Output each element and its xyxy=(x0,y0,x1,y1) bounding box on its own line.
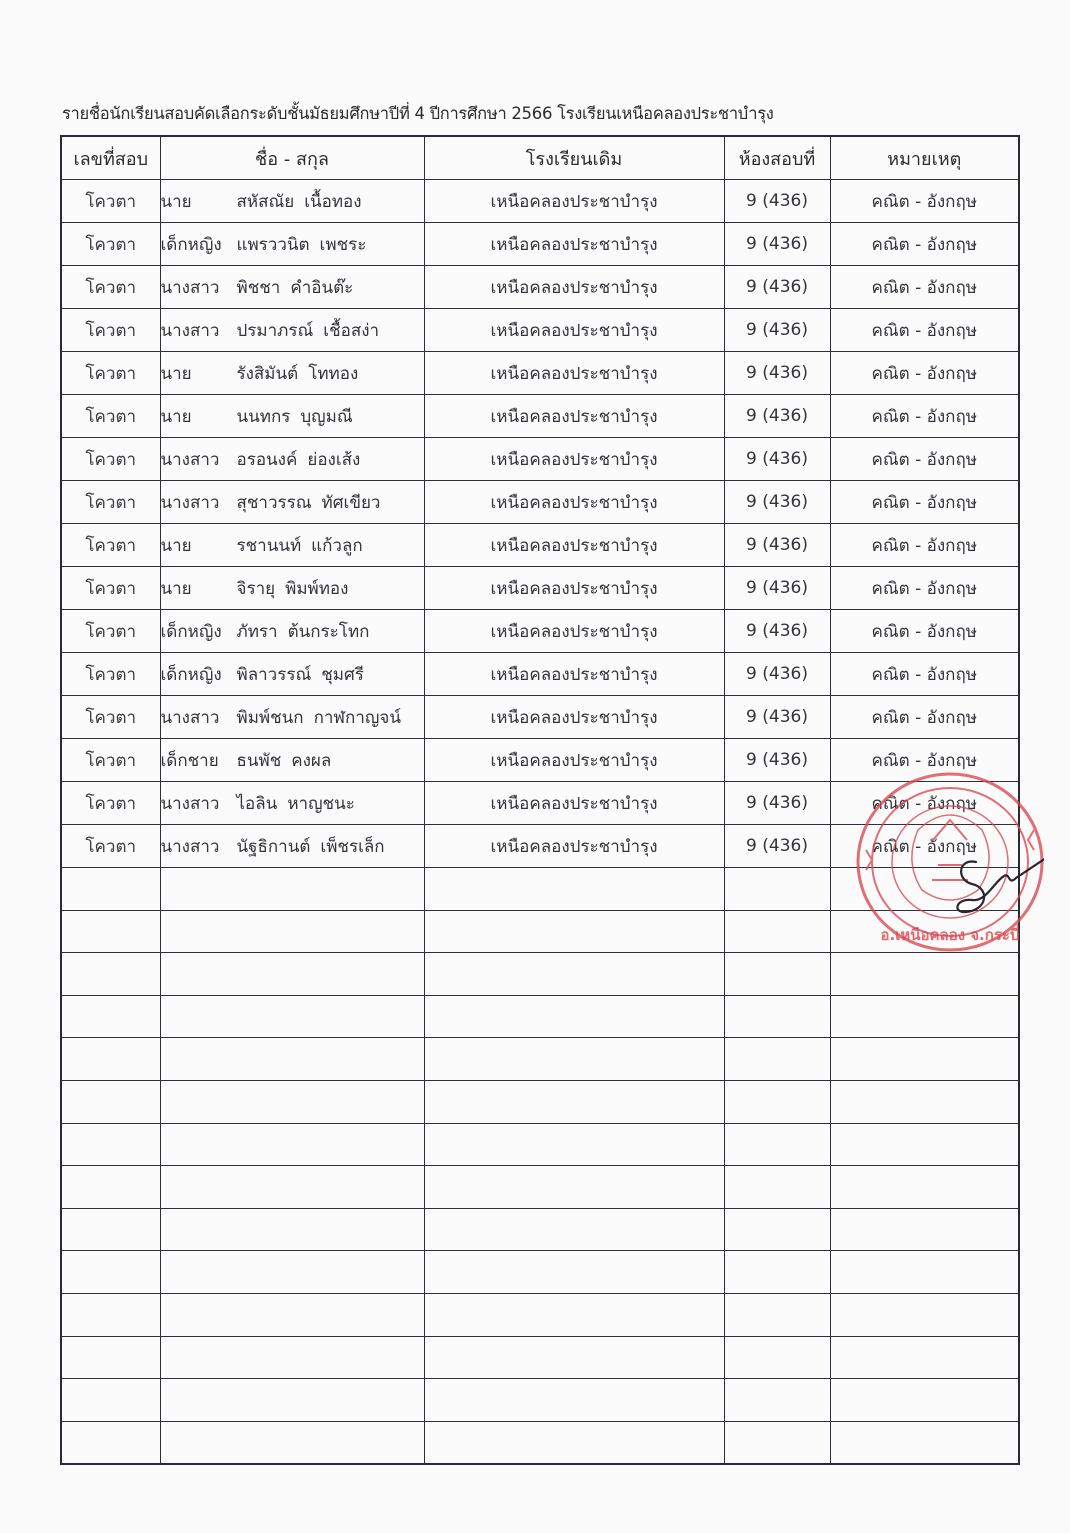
full-name-cell: นางสาวพิมพ์ชนกกาฬกาญจน์ xyxy=(160,696,424,739)
previous-school-cell: เหนือคลองประชาบำรุง xyxy=(424,395,724,438)
exam-number-cell: โควตา xyxy=(61,825,160,868)
remarks-cell: คณิต - อังกฤษ xyxy=(830,309,1019,352)
name-prefix: นาย xyxy=(161,188,237,215)
name-prefix: เด็กหญิง xyxy=(161,618,237,645)
exam-room-cell: 9 (436) xyxy=(724,739,830,782)
exam-room-cell: 9 (436) xyxy=(724,782,830,825)
empty-cell xyxy=(830,1379,1019,1422)
empty-table-row xyxy=(61,1293,1019,1336)
table-row: โควตาเด็กชายธนพัชคงผลเหนือคลองประชาบำรุง… xyxy=(61,739,1019,782)
empty-cell xyxy=(61,1293,160,1336)
remarks-cell: คณิต - อังกฤษ xyxy=(830,653,1019,696)
empty-cell xyxy=(724,1251,830,1294)
name-prefix: เด็กชาย xyxy=(161,747,237,774)
remarks-cell: คณิต - อังกฤษ xyxy=(830,610,1019,653)
empty-cell xyxy=(830,1421,1019,1464)
first-name: นนทกร xyxy=(237,407,291,427)
exam-number-cell: โควตา xyxy=(61,266,160,309)
name-prefix: นาย xyxy=(161,575,237,602)
empty-cell xyxy=(724,1166,830,1209)
empty-cell xyxy=(160,1166,424,1209)
full-name-cell: เด็กชายธนพัชคงผล xyxy=(160,739,424,782)
last-name: เพ็ชรเล็ก xyxy=(320,837,384,857)
name-prefix: นาย xyxy=(161,532,237,559)
last-name: ต้นกระโทก xyxy=(288,622,370,642)
empty-cell xyxy=(61,953,160,996)
empty-cell xyxy=(424,953,724,996)
previous-school-cell: เหนือคลองประชาบำรุง xyxy=(424,567,724,610)
exam-number-cell: โควตา xyxy=(61,782,160,825)
empty-cell xyxy=(61,868,160,911)
exam-room-cell: 9 (436) xyxy=(724,395,830,438)
previous-school-cell: เหนือคลองประชาบำรุง xyxy=(424,223,724,266)
previous-school-cell: เหนือคลองประชาบำรุง xyxy=(424,782,724,825)
first-name: พิชชา xyxy=(237,278,281,298)
name-prefix: นาย xyxy=(161,360,237,387)
empty-cell xyxy=(830,1038,1019,1081)
exam-number-cell: โควตา xyxy=(61,309,160,352)
first-name: ภัทรา xyxy=(237,622,278,642)
full-name-cell: นางสาวปรมาภรณ์เชื้อสง่า xyxy=(160,309,424,352)
empty-cell xyxy=(424,1123,724,1166)
exam-number-cell: โควตา xyxy=(61,653,160,696)
empty-cell xyxy=(160,1123,424,1166)
remarks-cell: คณิต - อังกฤษ xyxy=(830,352,1019,395)
empty-cell xyxy=(61,1208,160,1251)
last-name: กาฬกาญจน์ xyxy=(314,708,401,728)
table-row: โควตาเด็กหญิงพิลาวรรณ์ชุมศรีเหนือคลองประ… xyxy=(61,653,1019,696)
empty-cell xyxy=(160,910,424,953)
previous-school-cell: เหนือคลองประชาบำรุง xyxy=(424,739,724,782)
empty-table-row xyxy=(61,1336,1019,1379)
empty-cell xyxy=(830,868,1019,911)
previous-school-cell: เหนือคลองประชาบำรุง xyxy=(424,825,724,868)
header-exam-number: เลขที่สอบ xyxy=(61,136,160,180)
remarks-cell: คณิต - อังกฤษ xyxy=(830,223,1019,266)
empty-cell xyxy=(160,1293,424,1336)
exam-room-cell: 9 (436) xyxy=(724,610,830,653)
empty-cell xyxy=(61,1038,160,1081)
table-row: โควตานายสหัสณัยเนื้อทองเหนือคลองประชาบำร… xyxy=(61,180,1019,223)
full-name-cell: นายสหัสณัยเนื้อทอง xyxy=(160,180,424,223)
table-row: โควตานางสาวพิชชาคำอินต๊ะเหนือคลองประชาบำ… xyxy=(61,266,1019,309)
full-name-cell: นายรชานนท์แก้วลูก xyxy=(160,524,424,567)
first-name: ปรมาภรณ์ xyxy=(237,321,314,341)
empty-table-row xyxy=(61,1123,1019,1166)
name-prefix: นางสาว xyxy=(161,790,237,817)
header-previous-school: โรงเรียนเดิม xyxy=(424,136,724,180)
empty-table-row xyxy=(61,953,1019,996)
exam-room-cell: 9 (436) xyxy=(724,438,830,481)
table-row: โควตานางสาวสุชาวรรณทัศเขียวเหนือคลองประช… xyxy=(61,481,1019,524)
empty-cell xyxy=(61,910,160,953)
empty-cell xyxy=(724,1123,830,1166)
first-name: สหัสณัย xyxy=(237,192,295,212)
previous-school-cell: เหนือคลองประชาบำรุง xyxy=(424,653,724,696)
last-name: โททอง xyxy=(308,364,358,384)
table-row: โควตานายรังสิมันต์โททองเหนือคลองประชาบำร… xyxy=(61,352,1019,395)
last-name: เนื้อทอง xyxy=(304,192,361,212)
empty-cell xyxy=(724,868,830,911)
last-name: เชื้อสง่า xyxy=(323,321,379,341)
exam-number-cell: โควตา xyxy=(61,352,160,395)
name-prefix: นางสาว xyxy=(161,274,237,301)
previous-school-cell: เหนือคลองประชาบำรุง xyxy=(424,481,724,524)
empty-cell xyxy=(160,1336,424,1379)
exam-room-cell: 9 (436) xyxy=(724,266,830,309)
previous-school-cell: เหนือคลองประชาบำรุง xyxy=(424,610,724,653)
first-name: ธนพัช xyxy=(237,751,282,771)
full-name-cell: นายจิรายุพิมพ์ทอง xyxy=(160,567,424,610)
empty-cell xyxy=(830,1123,1019,1166)
previous-school-cell: เหนือคลองประชาบำรุง xyxy=(424,524,724,567)
empty-cell xyxy=(424,1251,724,1294)
full-name-cell: นางสาวนัฐธิกานต์เพ็ชรเล็ก xyxy=(160,825,424,868)
empty-cell xyxy=(424,868,724,911)
full-name-cell: เด็กหญิงแพรววนิตเพชระ xyxy=(160,223,424,266)
empty-cell xyxy=(724,953,830,996)
empty-table-row xyxy=(61,995,1019,1038)
first-name: พิลาวรรณ์ xyxy=(237,665,312,685)
exam-room-cell: 9 (436) xyxy=(724,309,830,352)
full-name-cell: นางสาวอรอนงค์ย่องเส้ง xyxy=(160,438,424,481)
exam-number-cell: โควตา xyxy=(61,223,160,266)
previous-school-cell: เหนือคลองประชาบำรุง xyxy=(424,352,724,395)
empty-cell xyxy=(724,995,830,1038)
exam-room-cell: 9 (436) xyxy=(724,825,830,868)
table-row: โควตานางสาวไอลินหาญชนะเหนือคลองประชาบำรุ… xyxy=(61,782,1019,825)
student-roster-table: เลขที่สอบ ชื่อ - สกุล โรงเรียนเดิม ห้องส… xyxy=(60,135,1020,1465)
empty-cell xyxy=(160,1251,424,1294)
first-name: รังสิมันต์ xyxy=(237,364,299,384)
exam-number-cell: โควตา xyxy=(61,739,160,782)
header-remarks: หมายเหตุ xyxy=(830,136,1019,180)
empty-cell xyxy=(724,910,830,953)
remarks-cell: คณิต - อังกฤษ xyxy=(830,395,1019,438)
exam-room-cell: 9 (436) xyxy=(724,223,830,266)
first-name: นัฐธิกานต์ xyxy=(237,837,311,857)
last-name: พิมพ์ทอง xyxy=(285,579,348,599)
last-name: บุญมณี xyxy=(300,407,352,427)
table-row: โควตาเด็กหญิงแพรววนิตเพชระเหนือคลองประชา… xyxy=(61,223,1019,266)
last-name: คงผล xyxy=(291,751,331,771)
table-body: โควตานายสหัสณัยเนื้อทองเหนือคลองประชาบำร… xyxy=(61,180,1019,1465)
empty-cell xyxy=(160,1421,424,1464)
previous-school-cell: เหนือคลองประชาบำรุง xyxy=(424,438,724,481)
empty-table-row xyxy=(61,1421,1019,1464)
name-prefix: นาย xyxy=(161,403,237,430)
empty-cell xyxy=(424,1208,724,1251)
empty-cell xyxy=(830,995,1019,1038)
remarks-cell: คณิต - อังกฤษ xyxy=(830,266,1019,309)
remarks-cell: คณิต - อังกฤษ xyxy=(830,696,1019,739)
empty-table-row xyxy=(61,1080,1019,1123)
previous-school-cell: เหนือคลองประชาบำรุง xyxy=(424,266,724,309)
first-name: รชานนท์ xyxy=(237,536,302,556)
exam-number-cell: โควตา xyxy=(61,567,160,610)
header-exam-room: ห้องสอบที่ xyxy=(724,136,830,180)
last-name: เพชระ xyxy=(320,235,367,255)
name-prefix: นางสาว xyxy=(161,446,237,473)
empty-cell xyxy=(724,1336,830,1379)
empty-cell xyxy=(424,910,724,953)
remarks-cell: คณิต - อังกฤษ xyxy=(830,825,1019,868)
table-row: โควตานายรชานนท์แก้วลูกเหนือคลองประชาบำรุ… xyxy=(61,524,1019,567)
remarks-cell: คณิต - อังกฤษ xyxy=(830,524,1019,567)
full-name-cell: นายรังสิมันต์โททอง xyxy=(160,352,424,395)
empty-cell xyxy=(830,1336,1019,1379)
empty-cell xyxy=(724,1379,830,1422)
remarks-cell: คณิต - อังกฤษ xyxy=(830,438,1019,481)
exam-number-cell: โควตา xyxy=(61,438,160,481)
empty-cell xyxy=(61,995,160,1038)
empty-cell xyxy=(724,1080,830,1123)
exam-number-cell: โควตา xyxy=(61,481,160,524)
first-name: สุชาวรรณ xyxy=(237,493,312,513)
exam-number-cell: โควตา xyxy=(61,696,160,739)
first-name: ไอลิน xyxy=(237,794,278,814)
empty-cell xyxy=(160,1038,424,1081)
empty-cell xyxy=(724,1038,830,1081)
empty-cell xyxy=(160,995,424,1038)
empty-cell xyxy=(61,1080,160,1123)
table-row: โควตานายนนทกรบุญมณีเหนือคลองประชาบำรุง9 … xyxy=(61,395,1019,438)
last-name: ชุมศรี xyxy=(321,665,364,685)
exam-room-cell: 9 (436) xyxy=(724,567,830,610)
last-name: คำอินต๊ะ xyxy=(290,278,353,298)
empty-cell xyxy=(724,1208,830,1251)
remarks-cell: คณิต - อังกฤษ xyxy=(830,567,1019,610)
exam-room-cell: 9 (436) xyxy=(724,653,830,696)
empty-table-row xyxy=(61,1038,1019,1081)
empty-cell xyxy=(424,1038,724,1081)
header-full-name: ชื่อ - สกุล xyxy=(160,136,424,180)
empty-cell xyxy=(830,1166,1019,1209)
empty-cell xyxy=(424,1336,724,1379)
previous-school-cell: เหนือคลองประชาบำรุง xyxy=(424,696,724,739)
table-row: โควตาเด็กหญิงภัทราต้นกระโทกเหนือคลองประช… xyxy=(61,610,1019,653)
empty-table-row xyxy=(61,1166,1019,1209)
full-name-cell: นางสาวพิชชาคำอินต๊ะ xyxy=(160,266,424,309)
last-name: ย่องเส้ง xyxy=(307,450,360,470)
exam-room-cell: 9 (436) xyxy=(724,352,830,395)
exam-number-cell: โควตา xyxy=(61,395,160,438)
last-name: แก้วลูก xyxy=(311,536,363,556)
empty-table-row xyxy=(61,1208,1019,1251)
table-row: โควตานายจิรายุพิมพ์ทองเหนือคลองประชาบำรุ… xyxy=(61,567,1019,610)
empty-cell xyxy=(424,1379,724,1422)
exam-room-cell: 9 (436) xyxy=(724,696,830,739)
exam-room-cell: 9 (436) xyxy=(724,524,830,567)
empty-cell xyxy=(424,1421,724,1464)
full-name-cell: นางสาวไอลินหาญชนะ xyxy=(160,782,424,825)
empty-cell xyxy=(160,953,424,996)
empty-cell xyxy=(61,1123,160,1166)
empty-cell xyxy=(830,1251,1019,1294)
empty-cell xyxy=(160,1080,424,1123)
full-name-cell: เด็กหญิงพิลาวรรณ์ชุมศรี xyxy=(160,653,424,696)
exam-number-cell: โควตา xyxy=(61,610,160,653)
empty-cell xyxy=(424,995,724,1038)
document-title: รายชื่อนักเรียนสอบคัดเลือกระดับชั้นมัธยม… xyxy=(62,101,774,127)
first-name: พิมพ์ชนก xyxy=(237,708,304,728)
last-name: หาญชนะ xyxy=(287,794,355,814)
empty-cell xyxy=(830,1208,1019,1251)
name-prefix: นางสาว xyxy=(161,489,237,516)
empty-cell xyxy=(61,1166,160,1209)
empty-cell xyxy=(830,1293,1019,1336)
empty-cell xyxy=(424,1293,724,1336)
table-header-row: เลขที่สอบ ชื่อ - สกุล โรงเรียนเดิม ห้องส… xyxy=(61,136,1019,180)
name-prefix: เด็กหญิง xyxy=(161,231,237,258)
empty-cell xyxy=(724,1293,830,1336)
full-name-cell: นายนนทกรบุญมณี xyxy=(160,395,424,438)
name-prefix: นางสาว xyxy=(161,704,237,731)
name-prefix: นางสาว xyxy=(161,833,237,860)
empty-cell xyxy=(61,1421,160,1464)
exam-number-cell: โควตา xyxy=(61,180,160,223)
previous-school-cell: เหนือคลองประชาบำรุง xyxy=(424,180,724,223)
full-name-cell: เด็กหญิงภัทราต้นกระโทก xyxy=(160,610,424,653)
table-row: โควตานางสาวปรมาภรณ์เชื้อสง่าเหนือคลองประ… xyxy=(61,309,1019,352)
empty-cell xyxy=(724,1421,830,1464)
empty-table-row xyxy=(61,1379,1019,1422)
empty-cell xyxy=(160,1379,424,1422)
table-row: โควตานางสาวนัฐธิกานต์เพ็ชรเล็กเหนือคลองป… xyxy=(61,825,1019,868)
last-name: ทัศเขียว xyxy=(322,493,381,513)
empty-cell xyxy=(61,1251,160,1294)
remarks-cell: คณิต - อังกฤษ xyxy=(830,739,1019,782)
exam-room-cell: 9 (436) xyxy=(724,481,830,524)
empty-cell xyxy=(424,1166,724,1209)
empty-cell xyxy=(424,1080,724,1123)
empty-cell xyxy=(830,1080,1019,1123)
name-prefix: นางสาว xyxy=(161,317,237,344)
remarks-cell: คณิต - อังกฤษ xyxy=(830,782,1019,825)
remarks-cell: คณิต - อังกฤษ xyxy=(830,481,1019,524)
first-name: จิรายุ xyxy=(237,579,276,599)
first-name: อรอนงค์ xyxy=(237,450,298,470)
full-name-cell: นางสาวสุชาวรรณทัศเขียว xyxy=(160,481,424,524)
exam-room-cell: 9 (436) xyxy=(724,180,830,223)
empty-table-row xyxy=(61,868,1019,911)
empty-table-row xyxy=(61,1251,1019,1294)
empty-cell xyxy=(160,868,424,911)
empty-table-row xyxy=(61,910,1019,953)
table-row: โควตานางสาวพิมพ์ชนกกาฬกาญจน์เหนือคลองประ… xyxy=(61,696,1019,739)
table-row: โควตานางสาวอรอนงค์ย่องเส้งเหนือคลองประชา… xyxy=(61,438,1019,481)
empty-cell xyxy=(160,1208,424,1251)
empty-cell xyxy=(61,1379,160,1422)
empty-cell xyxy=(830,953,1019,996)
empty-cell xyxy=(830,910,1019,953)
remarks-cell: คณิต - อังกฤษ xyxy=(830,180,1019,223)
previous-school-cell: เหนือคลองประชาบำรุง xyxy=(424,309,724,352)
exam-number-cell: โควตา xyxy=(61,524,160,567)
name-prefix: เด็กหญิง xyxy=(161,661,237,688)
first-name: แพรววนิต xyxy=(237,235,310,255)
empty-cell xyxy=(61,1336,160,1379)
